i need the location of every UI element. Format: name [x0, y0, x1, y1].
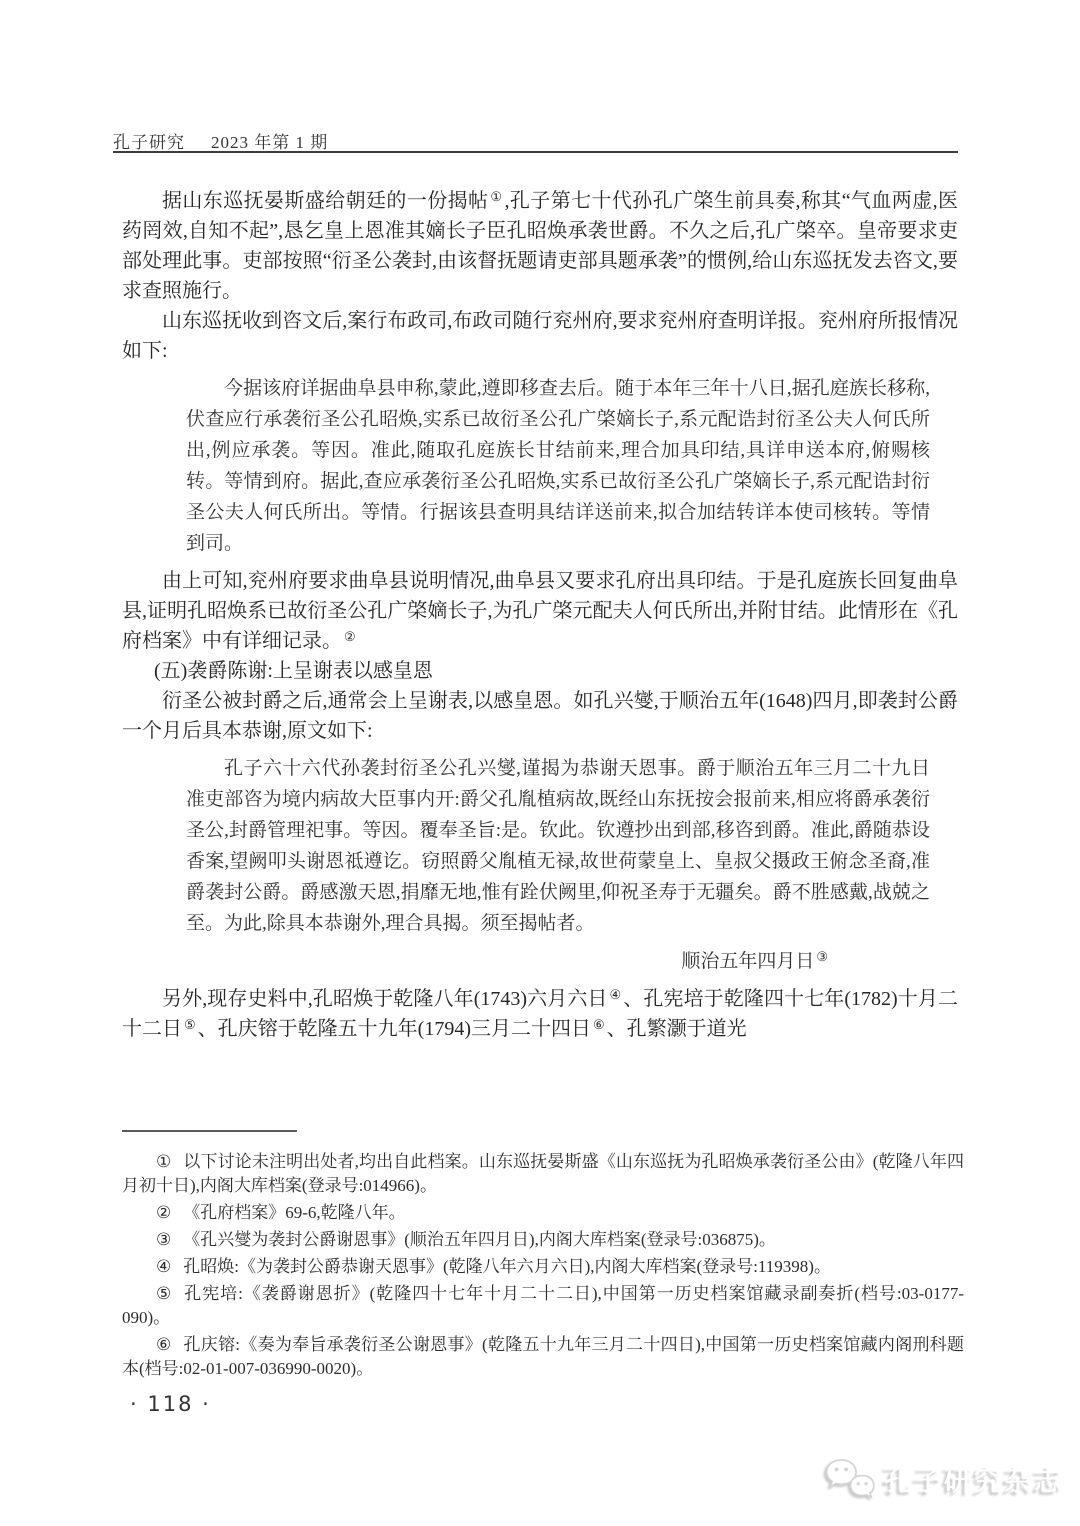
- issue-label: 2023 年第 1 期: [211, 133, 328, 152]
- footnote-marker: ④: [156, 1257, 171, 1276]
- journal-page: 孔子研究2023 年第 1 期 据山东巡抚晏斯盛给朝廷的一份揭帖①,孔子第七十代…: [0, 0, 1080, 1526]
- footnote-text: 孔宪培:《袭爵谢恩折》(乾隆四十七年十月二十二日),中国第一历史档案馆藏录副奏折…: [122, 1284, 964, 1327]
- footnote-reference: ⑤: [184, 1017, 196, 1032]
- footnote-separator: [122, 1130, 297, 1132]
- section-heading: (五)袭爵陈谢:上呈谢表以感皇恩: [122, 656, 958, 686]
- journal-title: 孔子研究: [113, 133, 185, 152]
- footnote-reference: ⑥: [593, 1017, 605, 1032]
- footnote-item: ②《孔府档案》69-6,乾隆八年。: [122, 1201, 964, 1225]
- paragraph-5: 另外,现存史料中,孔昭焕于乾隆八年(1743)六月六日④、孔宪培于乾隆四十七年(…: [122, 984, 958, 1044]
- footnotes: ①以下讨论未注明出处者,均出自此档案。山东巡抚晏斯盛《山东巡抚为孔昭焕承袭衍圣公…: [122, 1150, 964, 1384]
- page-number: · 118 ·: [130, 1392, 211, 1416]
- block-quote-1: 今据该府详据曲阜县申称,蒙此,遵即移查去后。随于本年三年十八日,据孔庭族长移称,…: [186, 373, 930, 559]
- footnote-reference: ①: [490, 189, 502, 204]
- footnote-marker: ②: [156, 1203, 171, 1222]
- paragraph-2: 山东巡抚收到咨文后,案行布政司,布政司随行兖州府,要求兖州府查明详报。兖州府所报…: [122, 306, 958, 366]
- article-body: 据山东巡抚晏斯盛给朝廷的一份揭帖①,孔子第七十代孙孔广棨生前具奏,称其“气血两虚…: [122, 186, 958, 1044]
- footnote-text: 孔昭焕:《为袭封公爵恭谢天恩事》(乾隆八年六月六日),内阁大库档案(登录号:11…: [183, 1257, 831, 1276]
- paragraph-1: 据山东巡抚晏斯盛给朝廷的一份揭帖①,孔子第七十代孙孔广棨生前具奏,称其“气血两虚…: [122, 186, 958, 306]
- footnote-marker: ⑥: [156, 1335, 172, 1354]
- footnote-marker: ①: [156, 1152, 171, 1171]
- footnote-marker: ⑤: [156, 1284, 172, 1303]
- wechat-logo-icon: [824, 1456, 876, 1502]
- footnote-item: ④孔昭焕:《为袭封公爵恭谢天恩事》(乾隆八年六月六日),内阁大库档案(登录号:1…: [122, 1255, 964, 1279]
- footnote-marker: ③: [156, 1230, 171, 1249]
- footnote-reference: ③: [816, 949, 828, 964]
- footnote-text: 《孔兴燮为袭封公爵谢恩事》(顺治五年四月日),内阁大库档案(登录号:036875…: [183, 1230, 776, 1249]
- footnote-text: 《孔府档案》69-6,乾隆八年。: [183, 1203, 405, 1222]
- footnote-item: ⑥孔庆镕:《奏为奉旨承袭衍圣公谢恩事》(乾隆五十九年三月二十四日),中国第一历史…: [122, 1333, 964, 1381]
- paragraph-3: 由上可知,兖州府要求曲阜县说明情况,曲阜县又要求孔府出具印结。于是孔庭族长回复曲…: [122, 566, 958, 656]
- running-header: 孔子研究2023 年第 1 期: [113, 128, 958, 153]
- header-rule: [113, 151, 958, 153]
- footnote-item: ③《孔兴燮为袭封公爵谢恩事》(顺治五年四月日),内阁大库档案(登录号:03687…: [122, 1228, 964, 1252]
- footnote-reference: ④: [610, 987, 622, 1002]
- block-quote-2: 孔子六十六代孙袭封衍圣公孔兴燮,谨揭为恭谢天恩事。爵于顺治五年三月二十九日准吏部…: [186, 753, 930, 939]
- footnote-text: 孔庆镕:《奏为奉旨承袭衍圣公谢恩事》(乾隆五十九年三月二十四日),中国第一历史档…: [122, 1335, 964, 1378]
- footnote-reference: ②: [344, 629, 356, 644]
- footnote-item: ⑤孔宪培:《袭爵谢恩折》(乾隆四十七年十月二十二日),中国第一历史档案馆藏录副奏…: [122, 1282, 964, 1330]
- watermark-text: 孔子研究杂志: [884, 1459, 1064, 1499]
- paragraph-4: 衍圣公被封爵之后,通常会上呈谢表,以感皇恩。如孔兴燮,于顺治五年(1648)四月…: [122, 686, 958, 746]
- watermark: 孔子研究杂志: [824, 1456, 1064, 1502]
- footnote-text: 以下讨论未注明出处者,均出自此档案。山东巡抚晏斯盛《山东巡抚为孔昭焕承袭衍圣公由…: [122, 1152, 964, 1195]
- footnote-item: ①以下讨论未注明出处者,均出自此档案。山东巡抚晏斯盛《山东巡抚为孔昭焕承袭衍圣公…: [122, 1150, 964, 1198]
- quote-date-line: 顺治五年四月日③: [186, 946, 930, 977]
